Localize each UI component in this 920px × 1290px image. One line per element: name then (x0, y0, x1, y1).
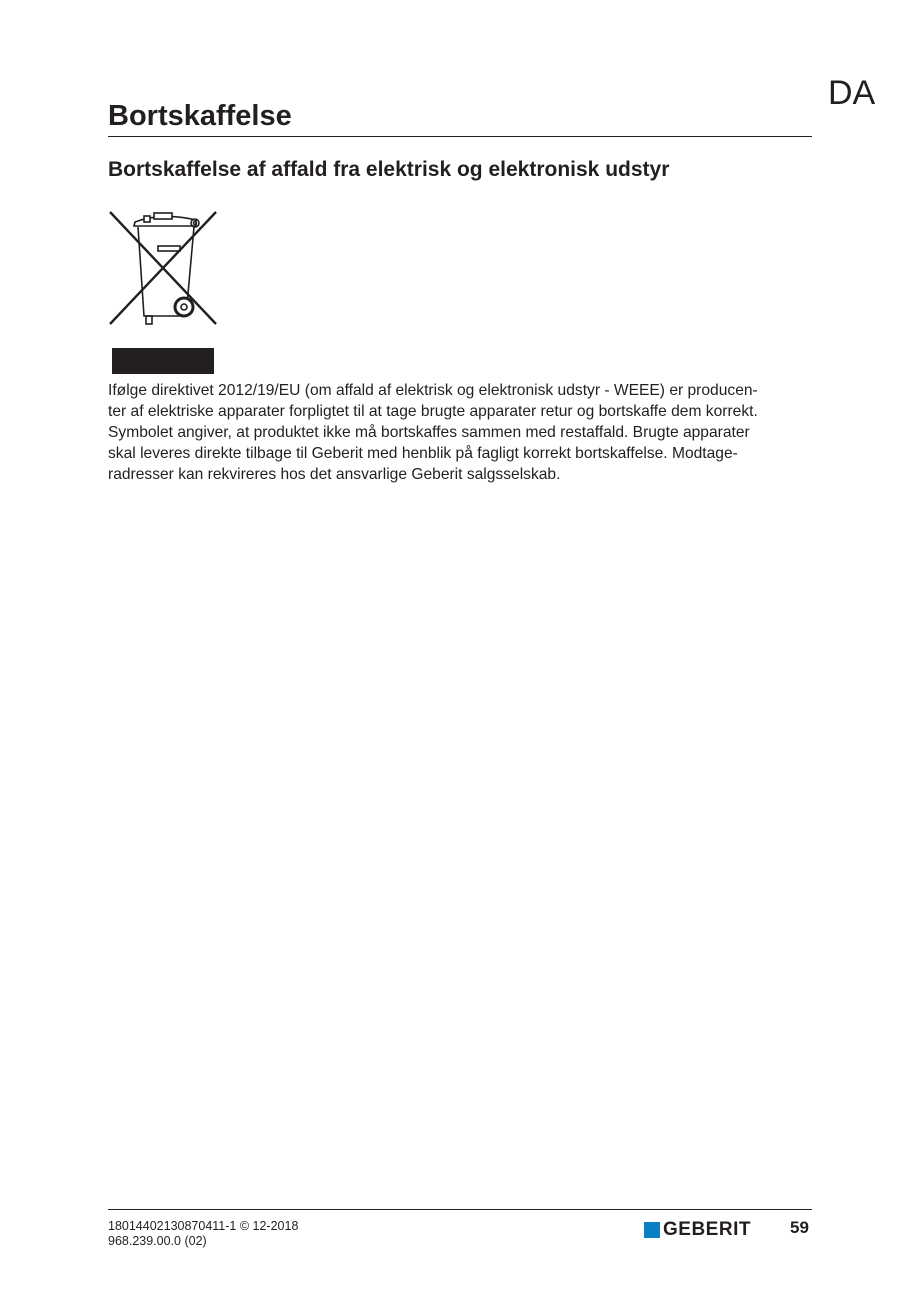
paragraph-line: radresser kan rekvireres hos det ansvarl… (108, 464, 820, 485)
footer-doc-info: 18014402130870411-1 © 12-2018 968.239.00… (108, 1219, 298, 1249)
language-code: DA (828, 74, 875, 113)
section-heading: Bortskaffelse af affald fra elektrisk og… (108, 158, 669, 182)
weee-marking-bar (112, 348, 214, 374)
paragraph-line: Ifølge direktivet 2012/19/EU (om affald … (108, 380, 820, 401)
brand-name: GEBERIT (663, 1219, 751, 1241)
weee-crossed-out-bin-icon (106, 208, 220, 328)
logo-square-icon (644, 1222, 660, 1238)
page-number: 59 (790, 1218, 809, 1238)
geberit-logo: GEBERIT (644, 1219, 751, 1241)
page-title: Bortskaffelse (108, 100, 292, 133)
paragraph-line: skal leveres direkte tilbage til Geberit… (108, 443, 820, 464)
paragraph-line: ter af elektriske apparater forpligtet t… (108, 401, 820, 422)
paragraph-line: Symbolet angiver, at produktet ikke må b… (108, 422, 820, 443)
title-divider (108, 136, 812, 137)
footer-divider (108, 1209, 812, 1210)
disposal-paragraph: Ifølge direktivet 2012/19/EU (om affald … (108, 380, 820, 485)
article-number: 968.239.00.0 (02) (108, 1234, 298, 1249)
doc-id: 18014402130870411-1 © 12-2018 (108, 1219, 298, 1234)
